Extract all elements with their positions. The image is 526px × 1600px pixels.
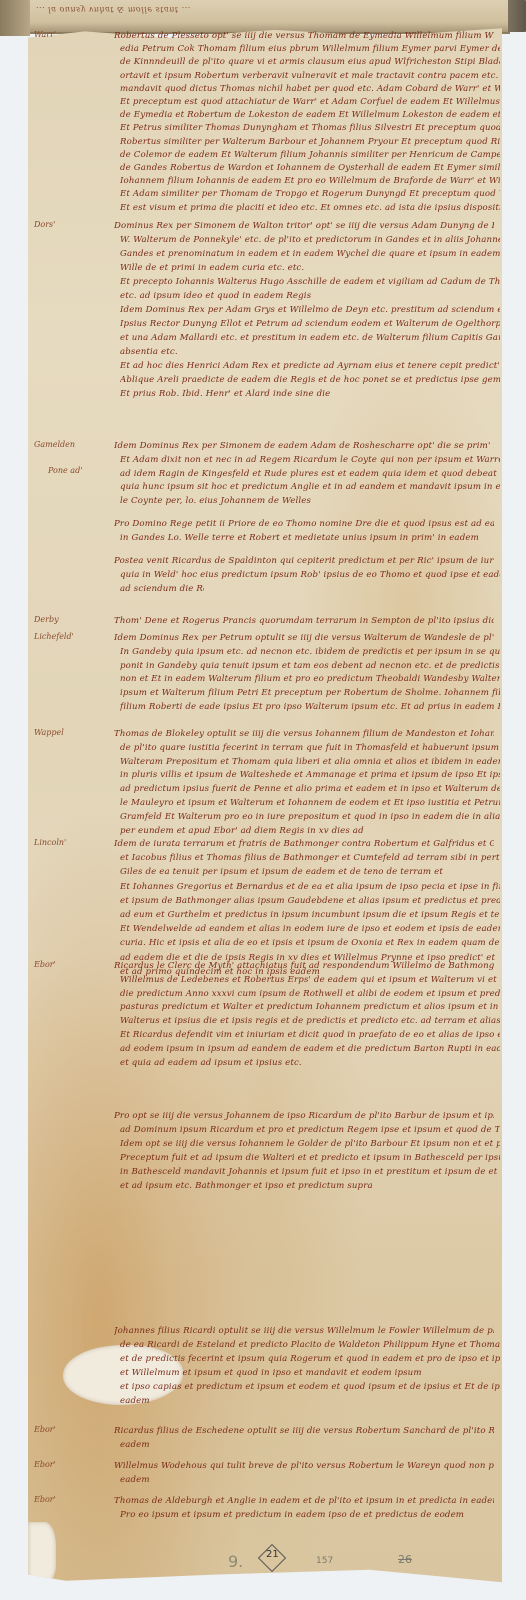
manuscript-line: Idem Dominus Rex per Simonem de eadem Ad… bbox=[114, 440, 494, 453]
manuscript-line: Gandes et prenominatum in eadem et in ea… bbox=[120, 248, 500, 261]
manuscript-line: Et ad hoc dies Henrici Adam Rex et predi… bbox=[120, 360, 500, 373]
manuscript-line: Thom' Dene et Rogerus Prancis quorumdam … bbox=[114, 615, 494, 628]
manuscript-line: et Iacobus filius et Thomas filius de Ba… bbox=[120, 852, 500, 865]
manuscript-line: edia Petrum Cok Thomam filium eius pbrum… bbox=[120, 43, 500, 56]
margin-county-note: Lincoln' bbox=[34, 838, 66, 847]
manuscript-line: Wille de et primi in eadem curia etc. et… bbox=[120, 262, 500, 275]
archive-folio-number: 157 bbox=[316, 1556, 333, 1566]
manuscript-line: Thomas de Aldeburgh et Anglie in eadem e… bbox=[114, 1495, 494, 1508]
manuscript-line: le Coynte per, lo. eius Johannem de Well… bbox=[120, 495, 500, 508]
margin-county-note: Ebor' bbox=[34, 960, 56, 969]
archive-box-number: 21 bbox=[266, 1549, 279, 1560]
manuscript-line: Et prius Rob. Ibid. Henr' et Alard inde … bbox=[120, 388, 500, 401]
manuscript-line: Robertus de Plesseto opt' se iiij die ve… bbox=[114, 30, 494, 43]
manuscript-line: ad idem Ragin de Kingesfeld et Rude plur… bbox=[120, 468, 500, 481]
manuscript-line: per eundem et apud Ebor' ad diem Regis i… bbox=[120, 825, 500, 838]
manuscript-line: pasturas predictum et Walter et predictu… bbox=[120, 1001, 500, 1014]
roll-binding-right bbox=[508, 0, 526, 32]
manuscript-line: Postea venit Ricardus de Spaldinton qui … bbox=[114, 555, 494, 568]
manuscript-line: etc. ad ipsum ideo et quod in eadem Regi… bbox=[120, 290, 500, 303]
manuscript-line: et Willelmum et ipsum et quod in ipso et… bbox=[120, 1367, 500, 1380]
margin-county-note: Derby bbox=[34, 615, 59, 624]
manuscript-line: Et est visum et prima die placiti et ide… bbox=[120, 202, 500, 215]
margin-process-note: Pone ad' bbox=[48, 466, 82, 475]
manuscript-line: ad Dominum ipsum Ricardum et pro et pred… bbox=[120, 1124, 500, 1137]
manuscript-line: in Gandes Lo. Welle terre et Robert et m… bbox=[120, 532, 500, 545]
manuscript-line: et una Adam Mallardi etc. et prestitum i… bbox=[120, 332, 500, 345]
margin-county-note: Wappel bbox=[34, 728, 64, 737]
margin-county-note: Gamelden bbox=[34, 440, 75, 449]
manuscript-line: Ricardus le Clerc de Myth' attachiatus f… bbox=[114, 960, 494, 973]
manuscript-line: ad predictum ipsius fuerit de Penne et a… bbox=[120, 783, 500, 796]
manuscript-line: ipsum et Walterum filium Petri Et precep… bbox=[120, 687, 500, 700]
roll-binding-left bbox=[0, 0, 30, 36]
manuscript-line: Iohannem filium Iohannis de eadem Et pro… bbox=[120, 175, 500, 188]
manuscript-line: Preceptum fuit et ad ipsum die Walteri e… bbox=[120, 1152, 500, 1165]
manuscript-line: curia. Hic et ipsis et alia de eo et ips… bbox=[120, 937, 500, 950]
manuscript-line: Et Adam dixit non et nec in ad Regem Ric… bbox=[120, 454, 500, 467]
roll-entries: Warr'Robertus de Plesseto opt' se iiij d… bbox=[28, 0, 502, 1600]
manuscript-line: Ablique Areli praedicte de eadem die Reg… bbox=[120, 374, 500, 387]
manuscript-line: Pro Domino Rege petit ii Priore de eo Th… bbox=[114, 518, 494, 531]
manuscript-line: Johannes filius Ricardi optulit se iiij … bbox=[114, 1325, 494, 1338]
manuscript-line: de Colemor de eadem Et Walterum filium J… bbox=[120, 149, 500, 162]
manuscript-line: Pro opt se iiij die versus Johannem de i… bbox=[114, 1110, 494, 1123]
manuscript-line: et ipso capias et predictum et ipsum et … bbox=[120, 1381, 500, 1394]
archive-membrane-number: 26 bbox=[398, 1553, 412, 1566]
manuscript-line: Idem Dominus Rex per Petrum optulit se i… bbox=[114, 632, 494, 645]
manuscript-line: ad eum et Gurthelm et predictus in ipsum… bbox=[120, 909, 500, 922]
manuscript-line: ortavit et ipsum Robertum verberavit vul… bbox=[120, 70, 500, 83]
manuscript-line: ad eodem ipsum in ipsum ad eandem de ead… bbox=[120, 1043, 500, 1056]
manuscript-line: Et Iohannes Gregorius et Bernardus et de… bbox=[120, 881, 500, 894]
manuscript-line: non et Et in eadem Walterum filium et pr… bbox=[120, 673, 500, 686]
manuscript-line: Willelmus de Ledebenes et Robertus Erps'… bbox=[120, 974, 500, 987]
manuscript-line: die predictum Anno xxxvi cum ipsum de Ro… bbox=[120, 988, 500, 1001]
manuscript-line: In Gandeby quia ipsum etc. ad necnon etc… bbox=[120, 646, 500, 659]
archive-mark-left: 9. bbox=[228, 1552, 243, 1571]
manuscript-line: Thomas de Blokeley optulit se iiij die v… bbox=[114, 728, 494, 741]
manuscript-line: Idem Dominus Rex per Adam Grys et Willel… bbox=[120, 304, 500, 317]
manuscript-line: de ea Ricardi de Esteland et predicto Pl… bbox=[120, 1339, 500, 1352]
manuscript-line: Et preceptum est quod attachiatur de War… bbox=[120, 96, 500, 109]
manuscript-line: Gramfeld Et Walterum pro eo in iure prep… bbox=[120, 811, 500, 824]
manuscript-line: Et Adam similiter per Thomam de Tropgo e… bbox=[120, 188, 500, 201]
manuscript-line: de Gandes Robertus de Wardon et Iohannem… bbox=[120, 162, 500, 175]
margin-county-note: Ebor' bbox=[34, 1460, 56, 1469]
manuscript-line: et ipsum de Bathmonger alias ipsum Gaude… bbox=[120, 895, 500, 908]
manuscript-line: de pl'ito quare iustitia fecerint in ter… bbox=[120, 742, 500, 755]
manuscript-line: quia hunc ipsum sit hoc et predictum Ang… bbox=[120, 481, 500, 494]
manuscript-line: et ad ipsum etc. Bathmonger et ipso et p… bbox=[120, 1180, 500, 1193]
manuscript-line: Et Wendelwelde ad eandem et alias in eod… bbox=[120, 923, 500, 936]
manuscript-line: quia in Weld' hoc eius predictum ipsum R… bbox=[120, 569, 500, 582]
manuscript-line: le Mauleyro et ipsum et Walterum et Ioha… bbox=[120, 797, 500, 810]
manuscript-line: filium Roberti de eade ipsius Et pro ips… bbox=[120, 701, 500, 714]
manuscript-line: et de predictis fecerint et ipsum quia R… bbox=[120, 1353, 500, 1366]
manuscript-line: Et precepto Iohannis Walterus Hugo Assch… bbox=[120, 276, 500, 289]
manuscript-line: eadem bbox=[120, 1395, 160, 1408]
manuscript-line: ponit in Gandeby quia tenuit ipsum et ta… bbox=[120, 660, 500, 673]
manuscript-line: eadem bbox=[120, 1474, 160, 1487]
manuscript-line: Ricardus filius de Eschedene optulit se … bbox=[114, 1425, 494, 1438]
manuscript-line: Ipsius Rector Dunyng Ellot et Petrum ad … bbox=[120, 318, 500, 331]
manuscript-line: de Kinnndeuill de pl'ito quare vi et arm… bbox=[120, 56, 500, 69]
manuscript-line: Idem opt se iiij die versus Iohannem le … bbox=[120, 1138, 500, 1151]
margin-county-note: Dors' bbox=[34, 220, 55, 229]
manuscript-line: in Bathesceld mandavit Johannis et ipsum… bbox=[120, 1166, 500, 1179]
manuscript-line: et quia ad eadem ad ipsum et ipsius etc. bbox=[120, 1057, 500, 1070]
margin-county-note: Warr' bbox=[34, 30, 56, 39]
manuscript-line: eadem bbox=[120, 1439, 160, 1452]
manuscript-line: Et Ricardus defendit vim et iniuriam et … bbox=[120, 1029, 500, 1042]
manuscript-line: absentia etc. bbox=[120, 346, 177, 359]
manuscript-line: Willelmus Wodehous qui tulit breve de pl… bbox=[114, 1460, 494, 1473]
margin-county-note: Ebor' bbox=[34, 1425, 56, 1434]
manuscript-line: Robertus similiter per Walterum Barbour … bbox=[120, 136, 500, 149]
manuscript-line: Pro eo ipsum et ipsum et predictum in ea… bbox=[120, 1509, 500, 1522]
manuscript-line: Walteram Prepositum et Thomam quia liber… bbox=[120, 756, 500, 769]
manuscript-line: Et Petrus similiter Thomas Dunyngham et … bbox=[120, 122, 500, 135]
manuscript-line: W. Walterum de Ponnekyle' etc. de pl'ito… bbox=[120, 234, 500, 247]
manuscript-line: mandavit quod dictus Thomas nichil habet… bbox=[120, 83, 500, 96]
margin-county-note: Ebor' bbox=[34, 1495, 56, 1504]
manuscript-line: Walterus et ipsius die et ipsis regis et… bbox=[120, 1015, 500, 1028]
manuscript-line: in pluris villis et ipsum de Walteshede … bbox=[120, 769, 500, 782]
manuscript-line: de Eymedia et Robertum de Lokeston de ea… bbox=[120, 109, 500, 122]
manuscript-line: ad sciendum die Rex bbox=[120, 583, 204, 596]
margin-county-note: Lichefeld' bbox=[34, 632, 74, 641]
manuscript-line: Idem de iurata terrarum et fratris de Ba… bbox=[114, 838, 494, 851]
manuscript-line: Giles de ea tenuit per ipsum et ipsum de… bbox=[120, 866, 500, 879]
manuscript-line: Dominus Rex per Simonem de Walton tritor… bbox=[114, 220, 494, 233]
